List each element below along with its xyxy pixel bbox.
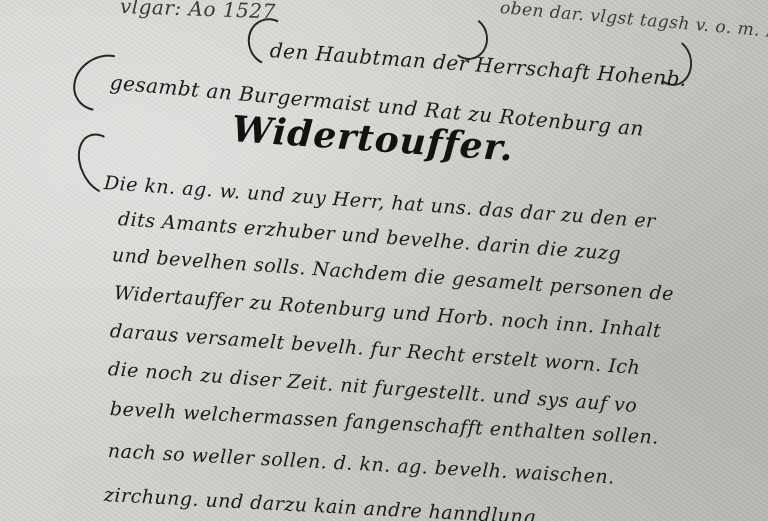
header-line-2: oben dar. vlgst tagsh v. o. m. Date (499, 0, 768, 45)
header-line-1: vlgar: Ao 1527 (120, 0, 277, 23)
body-line-8: nach so weller sollen. d. kn. ag. bevelh… (107, 440, 615, 489)
manuscript-page: vlgar: Ao 1527 oben dar. vlgst tagsh v. … (0, 0, 768, 521)
body-line-9: zirchung. und darzu kain andre hanndlung (103, 484, 536, 521)
